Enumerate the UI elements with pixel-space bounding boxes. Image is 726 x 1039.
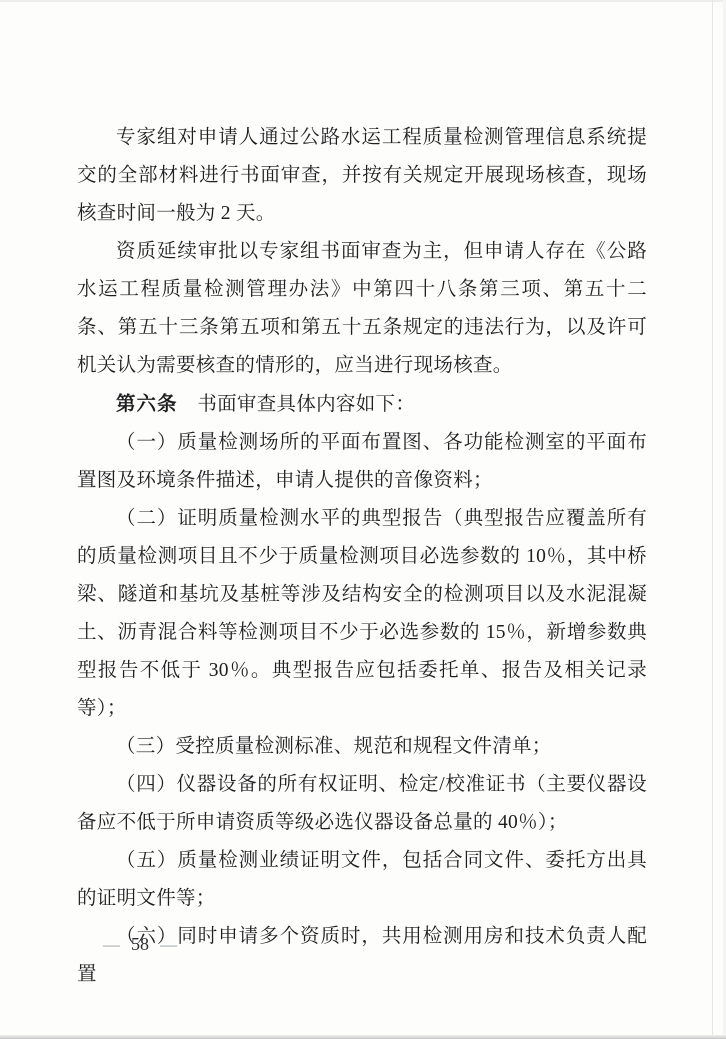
list-item-text: （一）质量检测场所的平面布置图、各功能检测室的平面布置图及环境条件描述，申请人提… [77, 432, 647, 491]
paragraph-text: 专家组对申请人通过公路水运工程质量检测管理信息系统提交的全部材料进行书面审查，并… [77, 127, 647, 224]
paragraph-renewal-approval: 资质延续审批以专家组书面审查为主，但申请人存在《公路水运工程质量检测管理办法》中… [77, 233, 647, 385]
list-item-1: （一）质量检测场所的平面布置图、各功能检测室的平面布置图及环境条件描述，申请人提… [77, 424, 647, 500]
paragraph-expert-review: 专家组对申请人通过公路水运工程质量检测管理信息系统提交的全部材料进行书面审查，并… [77, 119, 647, 233]
scan-edge-right [712, 0, 713, 1039]
scan-edge-top [0, 0, 726, 2]
article-number: 第六条 [116, 393, 178, 415]
article-6-heading: 第六条 书面审查具体内容如下： [77, 385, 647, 424]
list-item-5: （五）质量检测业绩证明文件，包括合同文件、委托方出具的证明文件等； [77, 842, 647, 918]
list-item-3: （三）受控质量检测标准、规范和规程文件清单； [77, 728, 647, 766]
footer-dash-right: — [160, 935, 177, 955]
list-item-4: （四）仪器设备的所有权证明、检定/校准证书（主要仪器设备应不低于所申请资质等级必… [77, 766, 647, 842]
page-footer: — 58 — [103, 934, 177, 955]
list-item-2: （二）证明质量检测水平的典型报告（典型报告应覆盖所有的质量检测项目且不少于质量检… [77, 500, 647, 728]
document-body: 专家组对申请人通过公路水运工程质量检测管理信息系统提交的全部材料进行书面审查，并… [77, 119, 647, 994]
document-page: 专家组对申请人通过公路水运工程质量检测管理信息系统提交的全部材料进行书面审查，并… [0, 0, 726, 1039]
list-item-6: （六）同时申请多个资质时，共用检测用房和技术负责人配置 [77, 918, 647, 994]
list-item-text: （三）受控质量检测标准、规范和规程文件清单； [116, 736, 552, 757]
list-item-text: （四）仪器设备的所有权证明、检定/校准证书（主要仪器设备应不低于所申请资质等级必… [77, 774, 647, 833]
article-title-text: 书面审查具体内容如下： [197, 394, 415, 415]
list-item-text: （五）质量检测业绩证明文件，包括合同文件、委托方出具的证明文件等； [77, 850, 647, 909]
scan-edge-bottom [0, 1035, 726, 1039]
list-item-text: （二）证明质量检测水平的典型报告（典型报告应覆盖所有的质量检测项目且不少于质量检… [77, 508, 647, 719]
footer-dash-left: — [103, 935, 120, 955]
page-number: 58 [131, 934, 149, 955]
paragraph-text: 资质延续审批以专家组书面审查为主，但申请人存在《公路水运工程质量检测管理办法》中… [77, 241, 647, 376]
